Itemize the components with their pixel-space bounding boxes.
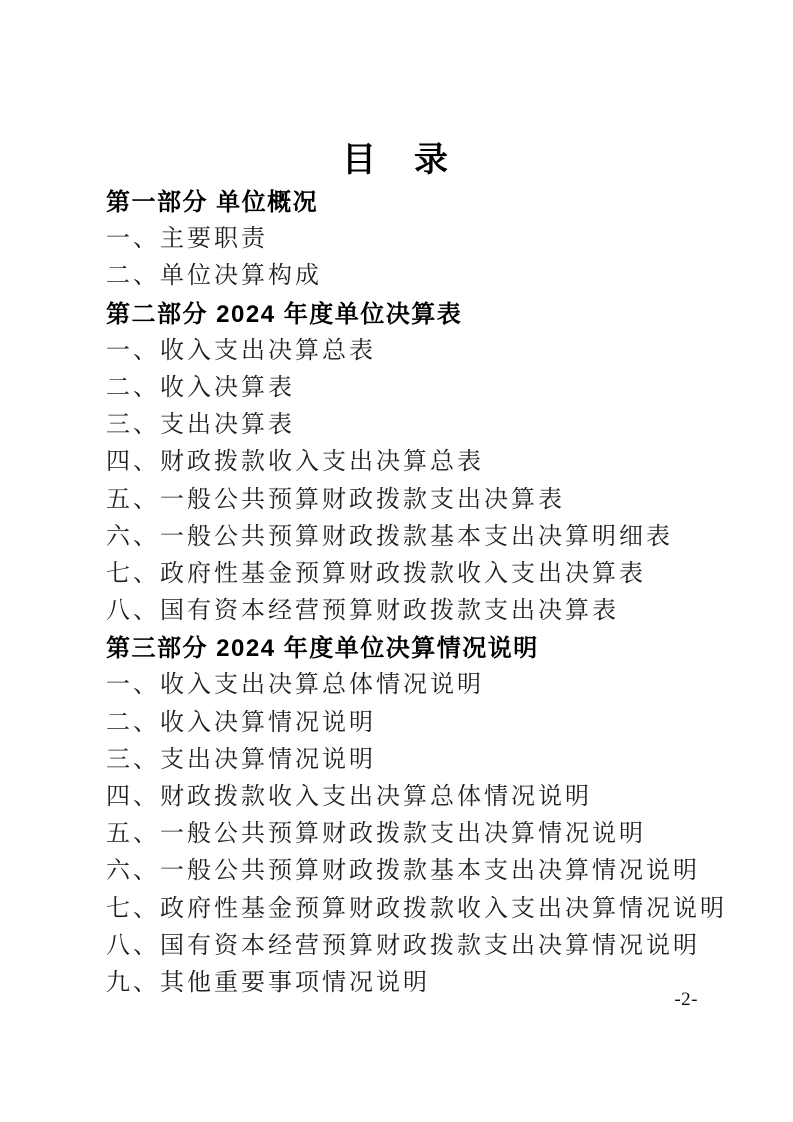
toc-section-heading: 第二部分 2024 年度单位决算表 xyxy=(106,296,713,333)
toc-section-heading: 第三部分 2024 年度单位决算情况说明 xyxy=(106,630,713,667)
page-number: -2- xyxy=(674,988,698,1012)
toc-item: 三、支出决算表 xyxy=(106,407,713,444)
table-of-contents: 第一部分 单位概况 一、主要职责 二、单位决算构成 第二部分 2024 年度单位… xyxy=(106,184,713,1002)
toc-item: 二、收入决算情况说明 xyxy=(106,705,713,742)
toc-item: 一、收入支出决算总体情况说明 xyxy=(106,667,713,704)
toc-item: 一、主要职责 xyxy=(106,221,713,258)
toc-item: 一、收入支出决算总表 xyxy=(106,333,713,370)
toc-item: 六、一般公共预算财政拨款基本支出决算情况说明 xyxy=(106,853,713,890)
page-title: 目 录 xyxy=(106,138,686,182)
toc-item: 八、国有资本经营预算财政拨款支出决算情况说明 xyxy=(106,928,713,965)
toc-item: 五、一般公共预算财政拨款支出决算表 xyxy=(106,482,713,519)
toc-item: 二、单位决算构成 xyxy=(106,258,713,295)
toc-item: 五、一般公共预算财政拨款支出决算情况说明 xyxy=(106,816,713,853)
toc-section-heading: 第一部分 单位概况 xyxy=(106,184,713,221)
toc-item: 八、国有资本经营预算财政拨款支出决算表 xyxy=(106,593,713,630)
toc-item: 四、财政拨款收入支出决算总表 xyxy=(106,444,713,481)
toc-item: 九、其他重要事项情况说明 xyxy=(106,965,713,1002)
toc-item: 三、支出决算情况说明 xyxy=(106,742,713,779)
toc-item: 六、一般公共预算财政拨款基本支出决算明细表 xyxy=(106,519,713,556)
document-page: 目 录 第一部分 单位概况 一、主要职责 二、单位决算构成 第二部分 2024 … xyxy=(0,0,793,1122)
toc-item: 七、政府性基金预算财政拨款收入支出决算表 xyxy=(106,556,713,593)
toc-item: 二、收入决算表 xyxy=(106,370,713,407)
toc-item: 四、财政拨款收入支出决算总体情况说明 xyxy=(106,779,713,816)
toc-item: 七、政府性基金预算财政拨款收入支出决算情况说明 xyxy=(106,891,713,928)
